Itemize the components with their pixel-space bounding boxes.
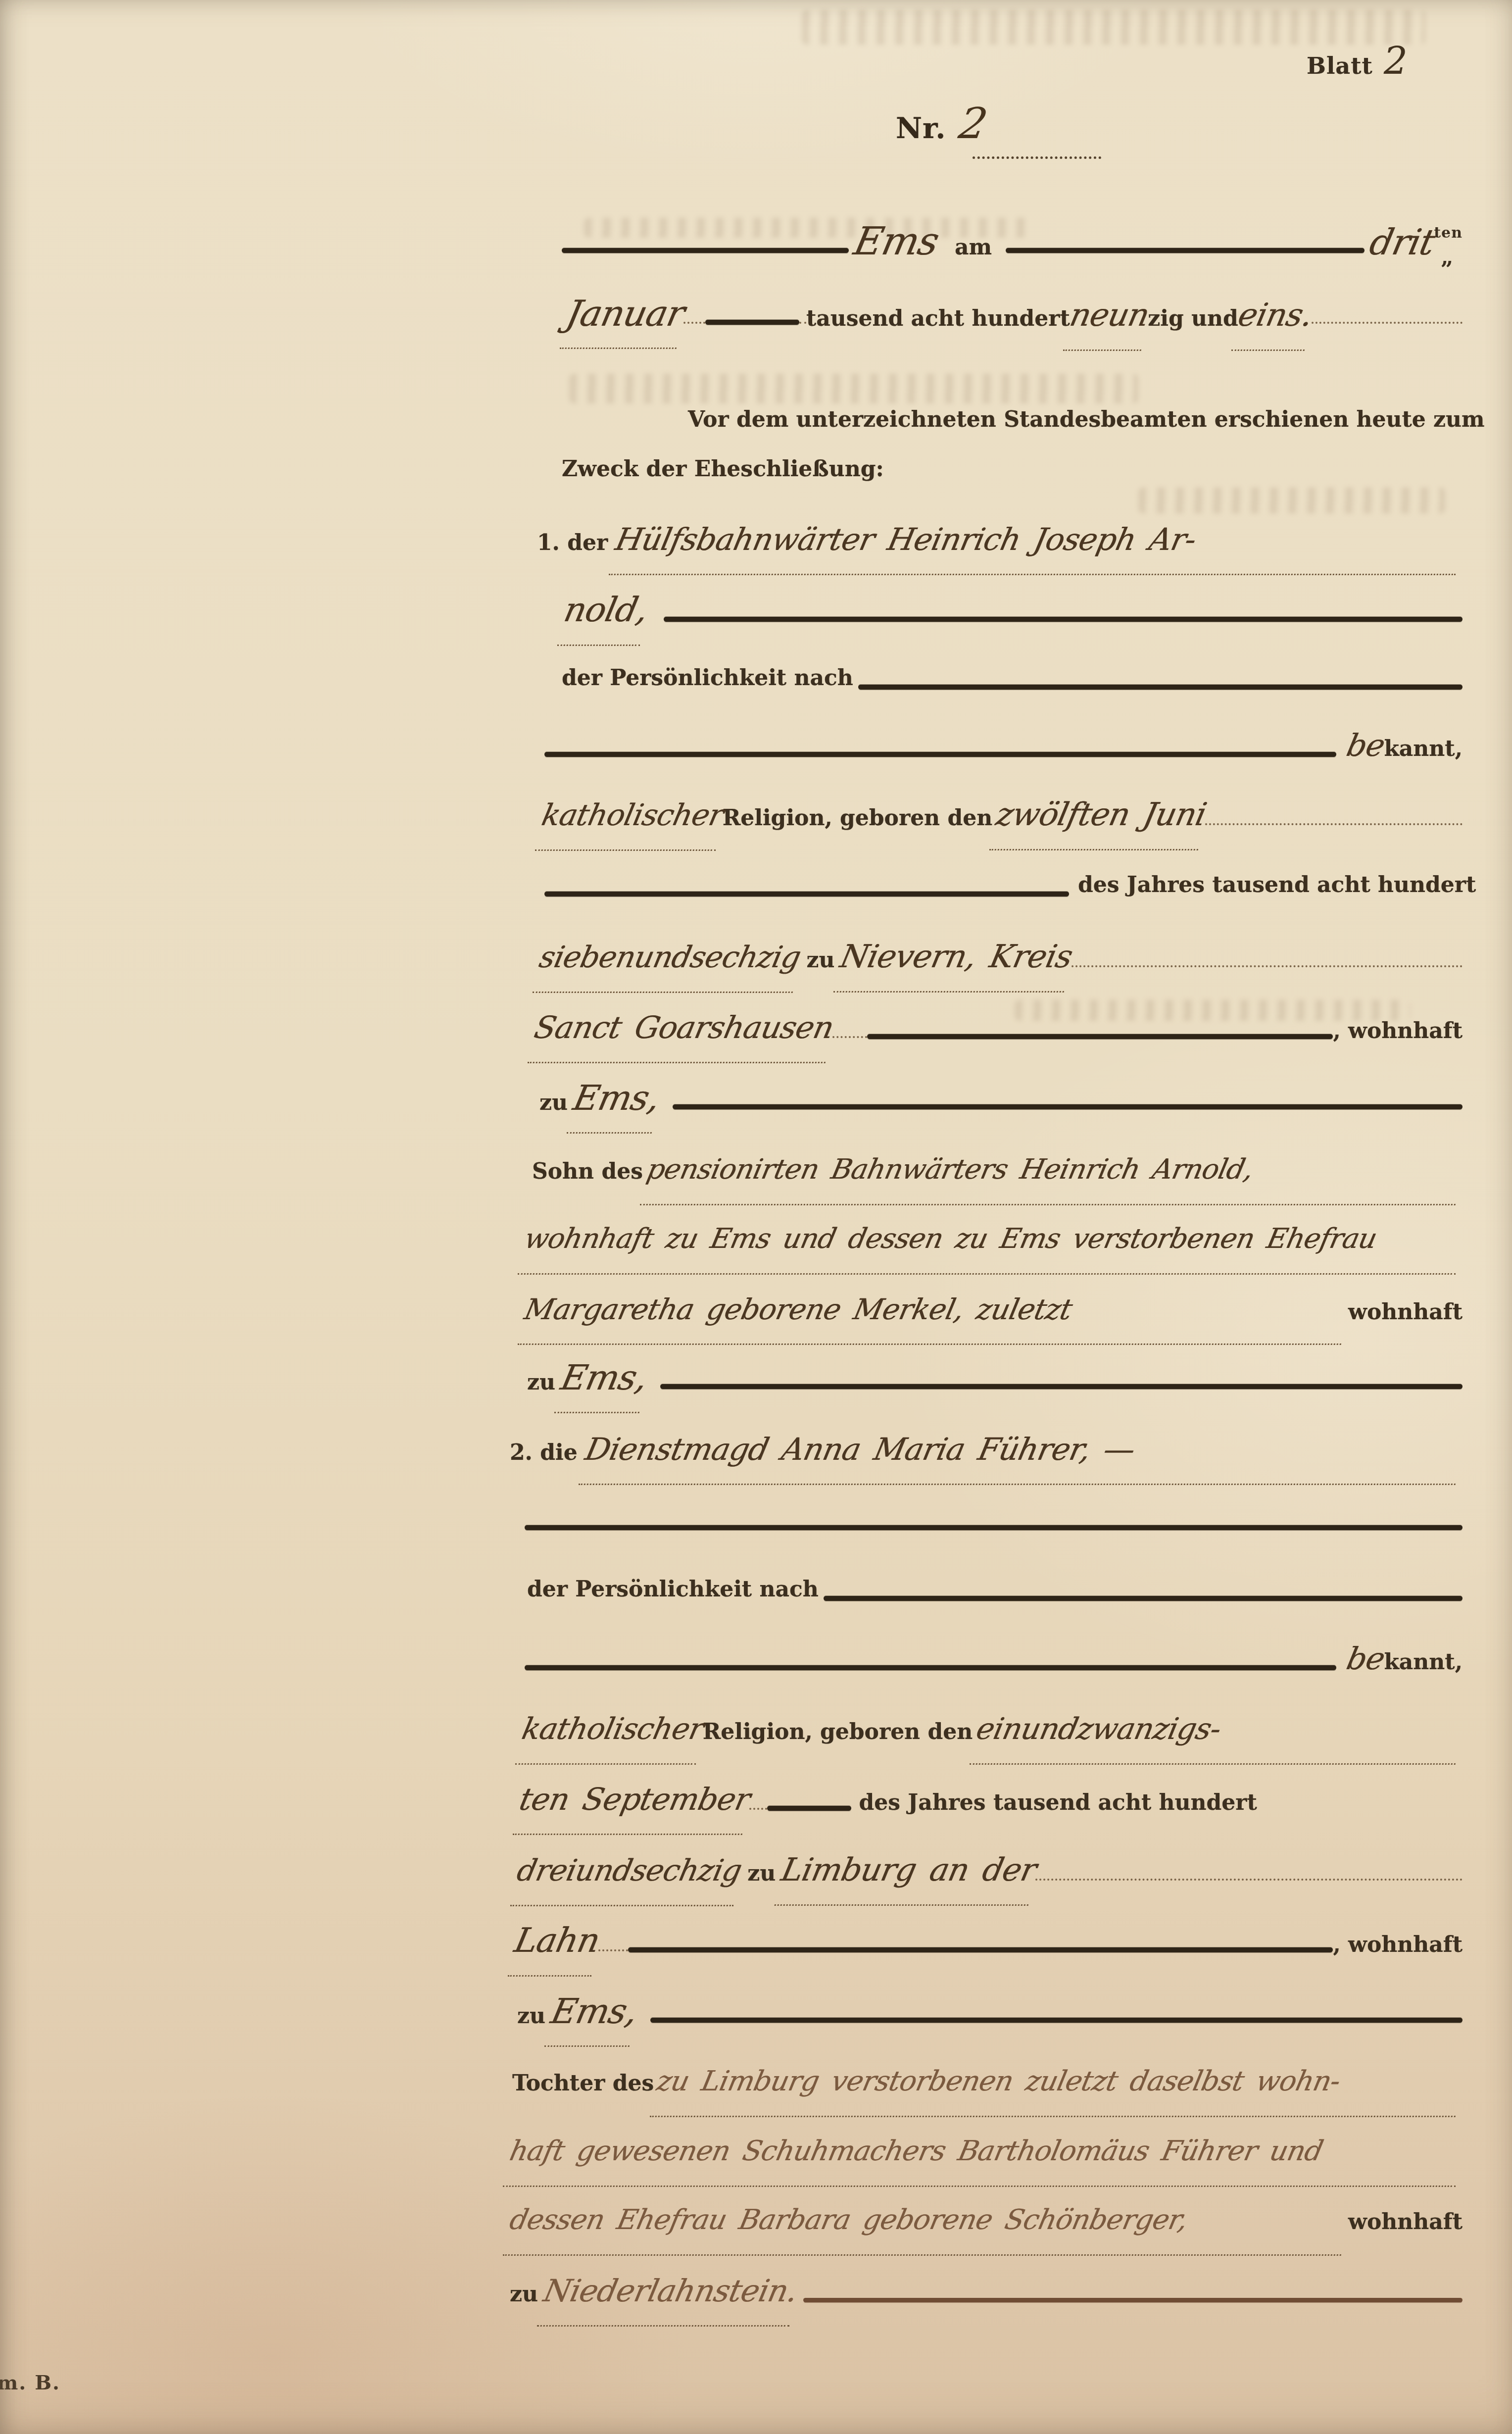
printed-form-text: kannt, bbox=[1384, 717, 1463, 781]
bride-father-continuation-line: haft gewesenen Schuhmachers Bartholomäus… bbox=[510, 2119, 1463, 2184]
ink-strike-line bbox=[650, 2018, 1463, 2023]
ink-strike-line bbox=[867, 1034, 1333, 1039]
printed-form-text: , wohnhaft bbox=[1333, 999, 1463, 1063]
groom-identity-line: der Persönlichkeit nach bbox=[562, 646, 1463, 710]
handwritten-entry: pensionirten Bahnwärters Heinrich Arnold… bbox=[639, 1138, 1469, 1205]
ink-strike-line bbox=[824, 1596, 1463, 1601]
record-number: Nr.2 bbox=[896, 99, 987, 149]
printed-form-text: kannt, bbox=[1384, 1630, 1463, 1694]
printed-form-text: Sohn des bbox=[532, 1140, 643, 1204]
printed-form-text: tausend acht hundert bbox=[806, 287, 1070, 351]
bride-occupation-name-line: 2. dieDienstmagd Anna Maria Führer, — bbox=[510, 1417, 1463, 1482]
handwritten-entry: dreiundsechzig bbox=[510, 1838, 747, 1906]
handwritten-entry: neun bbox=[1063, 283, 1155, 351]
dotted-blank-rule bbox=[1072, 965, 1463, 967]
ink-strike-line bbox=[673, 1104, 1463, 1109]
printed-form-text: zu bbox=[527, 1350, 555, 1415]
groom-religion-birthdate-line: katholischerReligion, geboren denzwölfte… bbox=[542, 783, 1463, 847]
handwritten-entry: nold, bbox=[557, 578, 654, 646]
groom-name-continuation-line: nold, bbox=[564, 578, 1463, 643]
ditto-mark: „ bbox=[1441, 247, 1453, 268]
ink-strike-line bbox=[525, 1665, 1336, 1670]
year-line: Januartausend acht hundertneunzig undein… bbox=[567, 281, 1463, 346]
handwritten-entry: Lahn bbox=[507, 1909, 605, 1977]
handwritten-entry: Ems bbox=[848, 209, 945, 274]
ink-strike-line bbox=[858, 685, 1463, 690]
groom-known-line: bekannt, bbox=[544, 713, 1463, 778]
bride-father-line: Tochter deszu Limburg verstorbenen zulet… bbox=[512, 2049, 1463, 2114]
printed-form-text: des Jahres tausend acht hundert bbox=[1078, 853, 1476, 917]
ink-strike-line bbox=[767, 1806, 851, 1811]
groom-residence-line: zuEms, bbox=[539, 1066, 1463, 1130]
groom-birthyear-line: des Jahres tausend acht hundert bbox=[544, 853, 1463, 917]
printed-form-text: zu bbox=[510, 2262, 538, 2327]
bride-residence-line: zuEms, bbox=[517, 1979, 1463, 2043]
printed-form-text: , wohnhaft bbox=[1333, 1913, 1463, 1977]
dotted-blank-rule bbox=[1035, 1879, 1463, 1881]
printed-form-text: Tochter des bbox=[512, 2051, 654, 2116]
ink-strike-line bbox=[628, 1947, 1333, 1952]
printed-form-text: Zweck der Eheschließung: bbox=[562, 437, 884, 501]
printed-form-text: 1. der bbox=[537, 511, 608, 575]
bride-religion-birthdate-line: katholischerReligion, geboren deneinundz… bbox=[522, 1697, 1463, 1761]
handwritten-entry: Niederlahnstein. bbox=[537, 2259, 803, 2327]
printed-form-text: zu bbox=[747, 1841, 776, 1906]
dotted-blank-rule bbox=[1205, 823, 1463, 825]
printed-form-text: zu bbox=[807, 928, 835, 993]
handwritten-entry: Ems, bbox=[544, 1979, 643, 2047]
ink-strike-line bbox=[1006, 248, 1365, 253]
bride-birthplace-continuation-line: Lahn, wohnhaft bbox=[515, 1909, 1463, 1973]
ink-strike-line bbox=[544, 892, 1069, 896]
bride-identity-line: der Persönlichkeit nach bbox=[527, 1557, 1463, 1622]
printed-form-text: der Persönlichkeit nach bbox=[527, 1557, 819, 1622]
ink-strike-line bbox=[664, 617, 1463, 622]
groom-birthplace-line: siebenundsechzigzuNievern, Kreis bbox=[539, 925, 1463, 989]
handwritten-entry: Sanct Goarshausen bbox=[527, 995, 839, 1063]
handwritten-entry: einundzwanzigs- bbox=[970, 1697, 1470, 1765]
bride-blank-line bbox=[525, 1487, 1463, 1551]
ink-strike-line bbox=[525, 1525, 1463, 1530]
handwritten-entry: be bbox=[1340, 1627, 1391, 1691]
sheet-number: Blatt2 bbox=[1307, 39, 1408, 83]
ink-strike-line bbox=[705, 320, 799, 325]
dotted-blank-rule bbox=[598, 1949, 628, 1951]
dotted-blank-rule bbox=[749, 1808, 767, 1810]
bride-known-line: bekannt, bbox=[525, 1627, 1463, 1691]
handwritten-entry: Hülfsbahnwärter Heinrich Joseph Ar- bbox=[609, 507, 1470, 575]
printed-form-text: Religion, geboren den bbox=[723, 786, 993, 850]
printed-form-text: zig und bbox=[1148, 287, 1238, 351]
groom-birth-district-line: Sanct Goarshausen, wohnhaft bbox=[535, 995, 1463, 1060]
printed-form-text: Religion, geboren den bbox=[703, 1700, 973, 1764]
handwritten-entry: Dienstmagd Anna Maria Führer, — bbox=[578, 1417, 1469, 1485]
handwritten-entry: Ems, bbox=[554, 1345, 653, 1413]
bride-mother-line: dessen Ehefrau Barbara geborene Schönber… bbox=[510, 2188, 1463, 2252]
intro-line-2: Zweck der Eheschließung: bbox=[562, 437, 1463, 501]
handwritten-entry: drit bbox=[1364, 210, 1441, 274]
printed-form-text: wohnhaft bbox=[1348, 1280, 1463, 1344]
form-footer-mark: m. B. bbox=[0, 2371, 60, 2394]
handwritten-entry: zwölften Juni bbox=[989, 783, 1213, 850]
handwritten-entry: katholischer bbox=[515, 1697, 710, 1765]
printed-ordinal-suffix: ten„ bbox=[1434, 218, 1463, 284]
handwritten-entry: zu Limburg verstorbenen zuletzt daselbst… bbox=[650, 2049, 1470, 2117]
groom-occupation-name-line: 1. derHülfsbahnwärter Heinrich Joseph Ar… bbox=[537, 507, 1463, 572]
handwritten-entry: be bbox=[1340, 713, 1391, 778]
printed-form-text: wohnhaft bbox=[1348, 2190, 1463, 2254]
ink-strike-line bbox=[803, 2298, 1463, 2302]
scanned-marriage-register-page: Blatt2 Nr.2 Emsamdritten„Januartausend a… bbox=[0, 0, 1512, 2434]
printed-form-text: zu bbox=[539, 1071, 568, 1135]
handwritten-entry: Nievern, Kreis bbox=[833, 925, 1079, 993]
handwritten-entry: Januar bbox=[559, 281, 690, 349]
handwritten-entry: dessen Ehefrau Barbara geborene Schönber… bbox=[502, 2188, 1355, 2256]
handwritten-entry: haft gewesenen Schuhmachers Bartholomäus… bbox=[502, 2119, 1469, 2187]
groom-father-line: Sohn despensionirten Bahnwärters Heinric… bbox=[532, 1138, 1463, 1202]
handwritten-entry: eins. bbox=[1231, 283, 1318, 351]
handwritten-entry: siebenundsechzig bbox=[532, 925, 807, 993]
ink-strike-line bbox=[544, 752, 1336, 757]
sheet-number-value: 2 bbox=[1384, 39, 1408, 83]
ink-strike-line bbox=[562, 248, 849, 253]
dotted-blank-rule bbox=[799, 322, 806, 324]
groom-residence-line-2: zuEms, bbox=[527, 1345, 1463, 1410]
record-number-label: Nr. bbox=[896, 111, 946, 145]
handwritten-entry: Ems, bbox=[566, 1066, 666, 1134]
bride-residence-line-2: zuNiederlahnstein. bbox=[510, 2259, 1463, 2323]
printed-form-text: der Persönlichkeit nach bbox=[562, 646, 853, 710]
handwritten-entry: Margaretha geborene Merkel, zuletzt bbox=[517, 1277, 1355, 1345]
dotted-blank-rule bbox=[832, 1036, 867, 1038]
handwritten-entry: Limburg an der bbox=[775, 1838, 1043, 1906]
printed-form-text: des Jahres tausend acht hundert bbox=[859, 1771, 1257, 1835]
printed-form-text: am bbox=[955, 215, 992, 280]
groom-parents-residence-line: wohnhaft zu Ems und dessen zu Ems versto… bbox=[525, 1207, 1463, 1271]
handwritten-entry: ten September bbox=[512, 1767, 756, 1835]
record-number-value: 2 bbox=[956, 99, 991, 149]
dotted-blank-rule bbox=[1312, 322, 1463, 324]
ink-strike-line bbox=[660, 1384, 1463, 1389]
bride-birthdate-continuation-line: ten Septemberdes Jahres tausend acht hun… bbox=[520, 1767, 1463, 1832]
dotted-blank-rule bbox=[683, 322, 705, 324]
groom-mother-line: Margaretha geborene Merkel, zuletztwohnh… bbox=[525, 1277, 1463, 1341]
handwritten-entry: wohnhaft zu Ems und dessen zu Ems versto… bbox=[517, 1207, 1469, 1275]
date-line: Emsamdritten„ bbox=[562, 209, 1463, 274]
record-number-dotted-rule bbox=[973, 156, 1101, 159]
handwritten-entry: katholischer bbox=[535, 783, 730, 851]
printed-form-text: zu bbox=[517, 1984, 545, 2048]
bride-birthplace-line: dreiundsechzigzuLimburg an der bbox=[517, 1838, 1463, 1902]
printed-form-text: 2. die bbox=[510, 1421, 578, 1485]
sheet-label: Blatt bbox=[1307, 52, 1373, 79]
